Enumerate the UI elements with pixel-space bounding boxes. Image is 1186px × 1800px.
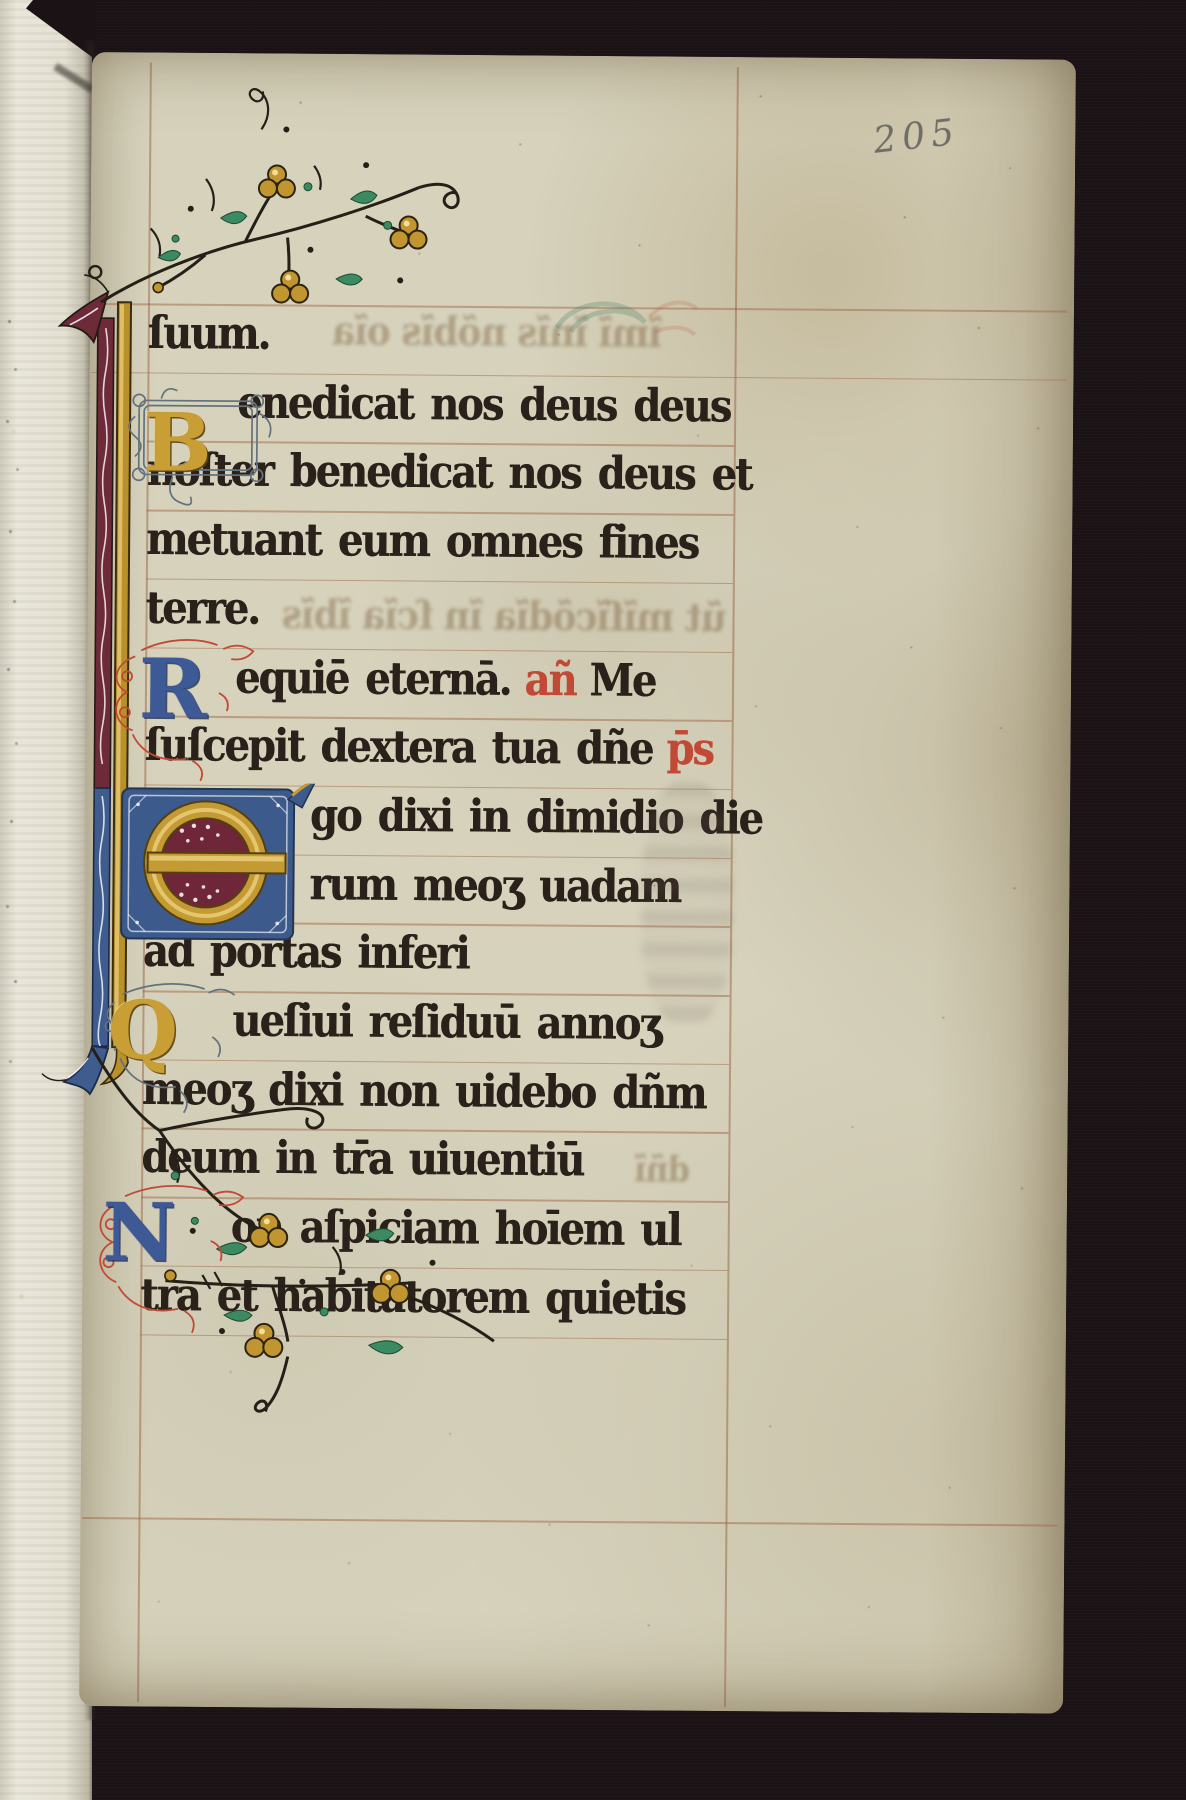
manuscript-page: B R (79, 52, 1076, 1714)
show-through-smudge (640, 782, 734, 1023)
rubric: añ (524, 653, 575, 706)
page-edge-text-fragments (0, 0, 3, 3)
initial-E-panel (115, 782, 326, 954)
parchment-specks (92, 52, 94, 54)
show-through-flourish (545, 288, 706, 359)
folio-number: 205 (871, 112, 962, 163)
show-through-text: dñĩ (635, 1148, 690, 1190)
ruling-lines (92, 52, 1076, 60)
initial-R: R (139, 648, 208, 731)
show-through-text: ũt mĩſĩcõdĩa ĩn ſcĩa ĩbĩs (282, 591, 726, 641)
line-text: Me (589, 653, 655, 706)
ruling-line-bottom (82, 1517, 1057, 1526)
line-text: rum meoʒ uadam (309, 857, 680, 913)
manuscript-photo: B R (0, 0, 1186, 1800)
floral-spray-top (55, 68, 487, 321)
text-block: ſuum.enedicat nos deus deusnoſter benedi… (92, 52, 1076, 60)
initial-N: N (102, 1192, 176, 1273)
rubric: p̄s (666, 723, 713, 776)
initial-Q: Q (108, 990, 178, 1071)
text-line: rum meoʒ uadam (309, 857, 680, 934)
initial-B: B (144, 402, 212, 483)
